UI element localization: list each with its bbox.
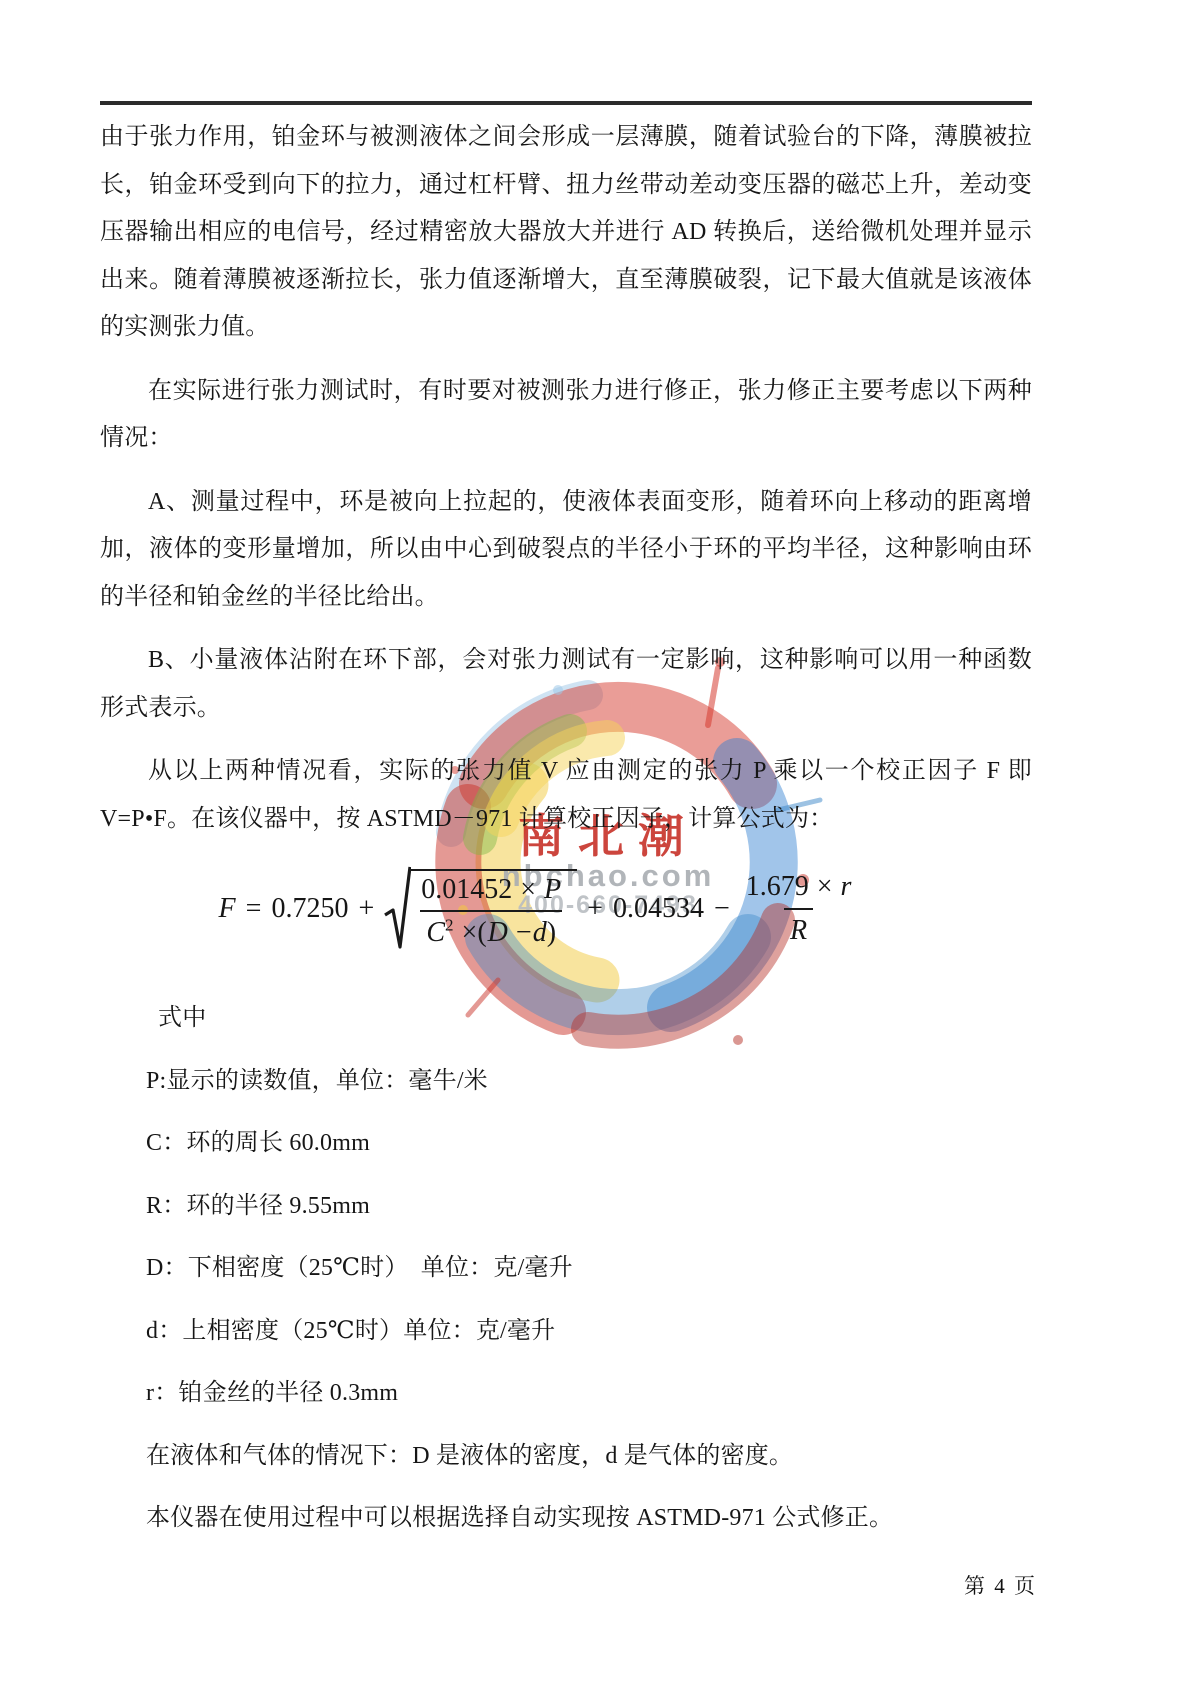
paragraph-point-a: A、测量过程中，环是被向上拉起的，使液体表面变形，随着环向上移动的距离增加，液体… — [100, 479, 1032, 622]
def-item-lead: 式中 — [100, 995, 1032, 1043]
def-item-d-upper-density: d：上相密度（25℃时）单位：克/毫升 — [100, 1308, 1032, 1356]
ring-frac-den-var: R — [790, 915, 807, 946]
formula-radical: 0.01452 × P C2 ×(D −d) — [384, 865, 577, 953]
radical-den-var-c: C — [426, 917, 445, 948]
radical-num-times: × — [519, 874, 537, 905]
header-rule — [100, 101, 1032, 105]
document-page: 南北潮 nbchao.com 400-660-7498 由于张力作用，铂金环与被… — [0, 0, 1200, 1697]
def-item-r-ring-radius: R：环的半径 9.55mm — [100, 1183, 1032, 1231]
formula-equals: = — [245, 893, 263, 925]
def-item-d-lower-density: D：下相密度（25℃时） 单位：克/毫升 — [100, 1245, 1032, 1293]
formula-plus-1: + — [357, 893, 375, 925]
radical-den-minus: − — [515, 917, 533, 948]
paragraph-correction-intro: 在实际进行张力测试时，有时要对被测张力进行修正，张力修正主要考虑以下两种情况： — [100, 368, 1032, 463]
formula-const-1: 0.7250 — [271, 893, 348, 925]
formula-radical-fraction: 0.01452 × P C2 ×(D −d) — [415, 874, 567, 949]
document-content: 由于张力作用，铂金环与被测液体之间会形成一层薄膜，随着试验台的下降，薄膜被拉长，… — [100, 101, 1032, 1558]
radical-num-coeff: 0.01452 — [421, 874, 512, 905]
paragraph-point-b: B、小量液体沾附在环下部，会对张力测试有一定影响，这种影响可以用一种函数形式表示… — [100, 637, 1032, 732]
formula-astmd971: F = 0.7250 + 0.01452 × P C2 — [72, 859, 1004, 959]
radical-den-exponent: 2 — [445, 916, 454, 935]
radical-den-close-paren: ) — [547, 917, 556, 948]
formula-minus: − — [713, 893, 731, 925]
ring-frac-num-times: × — [816, 871, 834, 902]
def-item-liquid-gas-note: 在液体和气体的情况下：D 是液体的密度，d 是气体的密度。 — [100, 1433, 1032, 1481]
formula-plus-2: + — [586, 893, 604, 925]
radical-den-times: ×( — [461, 917, 488, 948]
ring-frac-num-coeff: 1.679 — [746, 871, 809, 902]
paragraph-correction-factor: 从以上两种情况看，实际的张力值 V 应由测定的张力 P 乘以一个校正因子 F 即… — [100, 748, 1032, 843]
def-item-c-circumference: C：环的周长 60.0mm — [100, 1120, 1032, 1168]
radical-den-var-d-upper: D — [488, 917, 508, 948]
paragraph-measure-principle: 由于张力作用，铂金环与被测液体之间会形成一层薄膜，随着试验台的下降，薄膜被拉长，… — [100, 114, 1032, 352]
formula-const-2: 0.04534 — [613, 893, 704, 925]
formula-result-var: F — [219, 893, 236, 925]
page-number: 第 4 页 — [964, 1570, 1037, 1600]
radical-den-var-d-lower: d — [533, 917, 547, 948]
radical-num-var: P — [544, 874, 561, 905]
radical-sign-icon — [384, 865, 411, 953]
def-item-r-wire-radius: r：铂金丝的半径 0.3mm — [100, 1370, 1032, 1418]
formula-ring-fraction: 1.679 × r R — [740, 871, 858, 946]
def-item-auto-correction-note: 本仪器在使用过程中可以根据选择自动实现按 ASTMD-971 公式修正。 — [100, 1495, 1032, 1543]
def-item-p-reading: P:显示的读数值，单位：毫牛/米 — [100, 1058, 1032, 1106]
ring-frac-num-var: r — [841, 871, 852, 902]
